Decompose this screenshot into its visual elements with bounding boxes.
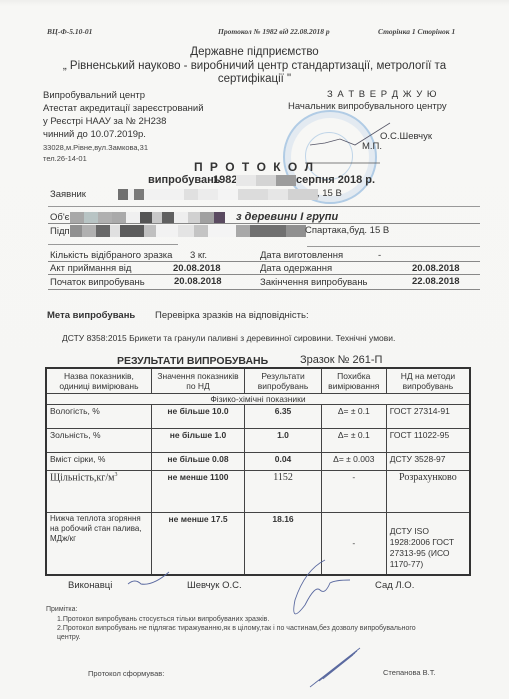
redacted-manufacturer [70,225,306,237]
purpose-label: Мета випробувань [47,310,135,321]
protocol-number: 1982 [213,174,237,186]
test-end-label: Закінчення випробувань [260,277,368,288]
divider [48,289,480,290]
table-row: Щільність,кг/м3 не менше 1100 1152 - Роз… [46,471,470,513]
divider [48,261,480,262]
protocol-subtitle-start: випробувань [148,174,221,186]
param-method: ГОСТ 11022-95 [386,429,470,453]
document-page: ВЦ-Ф-5.10-01 Протокол № 1982 від 22.08.2… [0,0,509,699]
param-result: 1152 [245,471,322,513]
applicant-label: Заявник [50,189,86,200]
receipt-date-value: 20.08.2018 [412,263,460,274]
param-name: Нижча теплота згоряння на робочий стан п… [46,513,151,575]
protocol-date: серпня 2018 р. [296,174,375,186]
note-item: центру. [57,634,80,641]
column-header: НД на методи випробувань [386,368,470,394]
param-method: ДСТУ 3528-97 [386,453,470,471]
param-error: Δ= ± 0.1 [321,429,386,453]
executor-2-name: Сад Л.О. [375,580,414,591]
divider [48,274,480,275]
signature-3-icon [305,645,365,690]
note-item: 1.Протокол випробувань стосується тільки… [57,616,269,623]
param-error: Δ= ± 0.1 [321,405,386,429]
param-norm: не менше 17.5 [151,513,244,575]
info-line: у Реєстрі НААУ за № 2Н238 [43,115,204,128]
column-header: Значення показників по НД [151,368,244,394]
sample-qty-value: 3 кг. [190,250,207,261]
param-name-text: Щільність,кг/м [50,472,114,483]
param-norm: не більше 10.0 [151,405,244,429]
receipt-date-label: Дата одержання [260,263,332,274]
approval-position: Начальник випробувального центру [288,101,447,112]
compiled-by-label: Протокол сформував: [88,669,164,678]
note-item: 2.Протокол випробувань не підлягає тираж… [57,625,416,632]
object-text: з деревини І групи [236,211,338,223]
superscript: 3 [114,472,117,478]
table-row: Вологість, % не більше 10.0 6.35 Δ= ± 0.… [46,405,470,429]
page-info: Сторінка 1 Сторінок 1 [378,27,455,36]
column-header: Назва показників, одиниці вимірювань [46,368,151,394]
approver-name: О.С.Шевчук [380,131,432,142]
info-line: Випробувальний центр [43,89,204,102]
column-header: Результати випробувань [245,368,322,394]
manufacture-date-value: - [378,250,381,261]
test-end-value: 22.08.2018 [412,276,460,287]
address: 33028,м.Рівне,вул.Замкова,31 [43,143,148,152]
param-norm: не більше 0.08 [151,453,244,471]
test-start-label: Початок випробувань [50,277,145,288]
form-code: ВЦ-Ф-5.10-01 [47,27,92,36]
seal-mark: М.П. [362,141,382,152]
manufacture-date-label: Дата виготовлення [260,250,343,261]
compiled-by-name: Степанова В.Т. [383,668,436,677]
column-header: Похибка вимірювання [321,368,386,394]
info-line: Атестат акредитації зареєстрований [43,102,204,115]
param-norm: не менше 1100 [151,471,244,513]
param-error: Δ= ± 0.003 [321,453,386,471]
applicant-address: , 15 В [317,188,342,199]
info-line: чинний до 10.07.2019р. [43,128,204,141]
param-result: 1.0 [245,429,322,453]
param-name: Вміст сірки, % [46,453,151,471]
org-line-3: сертифікації " [0,73,509,85]
param-result: 6.35 [245,405,322,429]
test-start-value: 20.08.2018 [174,276,222,287]
table-row: Зольність, % не більше 1.0 1.0 Δ= ± 0.1 … [46,429,470,453]
table-row: Вміст сірки, % не більше 0.08 0.04 Δ= ± … [46,453,470,471]
notes-title: Примітка: [46,606,77,613]
param-result: 0.04 [245,453,322,471]
divider [48,244,178,245]
redacted-applicant [118,189,318,200]
executor-1-name: Шевчук О.С. [187,580,242,591]
redacted-date [236,175,296,186]
protocol-reference: Протокол № 1982 від 22.08.2018 р [218,27,330,36]
manufacturer-label: Підп [50,226,70,237]
testing-center-info: Випробувальний центр Атестат акредитації… [43,89,204,141]
standard-reference: ДСТУ 8358:2015 Брикети та гранули паливн… [62,333,395,343]
sample-number: Зразок № 261-П [300,354,382,366]
approval-title: З А Т В Е Р Д Ж У Ю [327,89,437,100]
param-method: Розрахунково [386,471,470,513]
manufacturer-address: Спартака,буд. 15 В [305,225,389,236]
divider [307,246,480,247]
param-name: Зольність, % [46,429,151,453]
signature-2-icon [275,555,355,635]
results-table: Назва показників, одиниці вимірювань Зна… [45,367,471,576]
results-title: РЕЗУЛЬТАТИ ВИПРОБУВАНЬ [117,355,268,367]
param-norm: не більше 1.0 [151,429,244,453]
signature-1-icon [125,570,175,592]
table-row: Нижча теплота згоряння на робочий стан п… [46,513,470,575]
table-header-row: Назва показників, одиниці вимірювань Зна… [46,368,470,394]
acceptance-value: 20.08.2018 [173,263,221,274]
org-line-1: Державне підприємство [0,46,509,58]
param-name: Щільність,кг/м3 [46,471,151,513]
divider [48,206,480,207]
executors-label: Виконавці [68,580,112,591]
param-method: ГОСТ 27314-91 [386,405,470,429]
org-line-2: „ Рівненський науково - виробничий центр… [0,60,509,72]
acceptance-label: Акт приймання від [50,263,131,274]
param-name: Вологість, % [46,405,151,429]
section-row: Фізико-хімічні показники [46,394,470,405]
param-error: - [321,471,386,513]
purpose-text: Перевірка зразків на відповідність: [155,310,309,321]
section-title: Фізико-хімічні показники [46,394,470,405]
sample-qty-label: Кількість відібраного зразка [50,250,172,261]
divider [48,223,480,224]
param-method: ДСТУ ISO 1928:2006 ГОСТ 27313-95 (ИСО 11… [386,513,470,575]
protocol-title: П Р О Т О К О Л [0,160,509,174]
